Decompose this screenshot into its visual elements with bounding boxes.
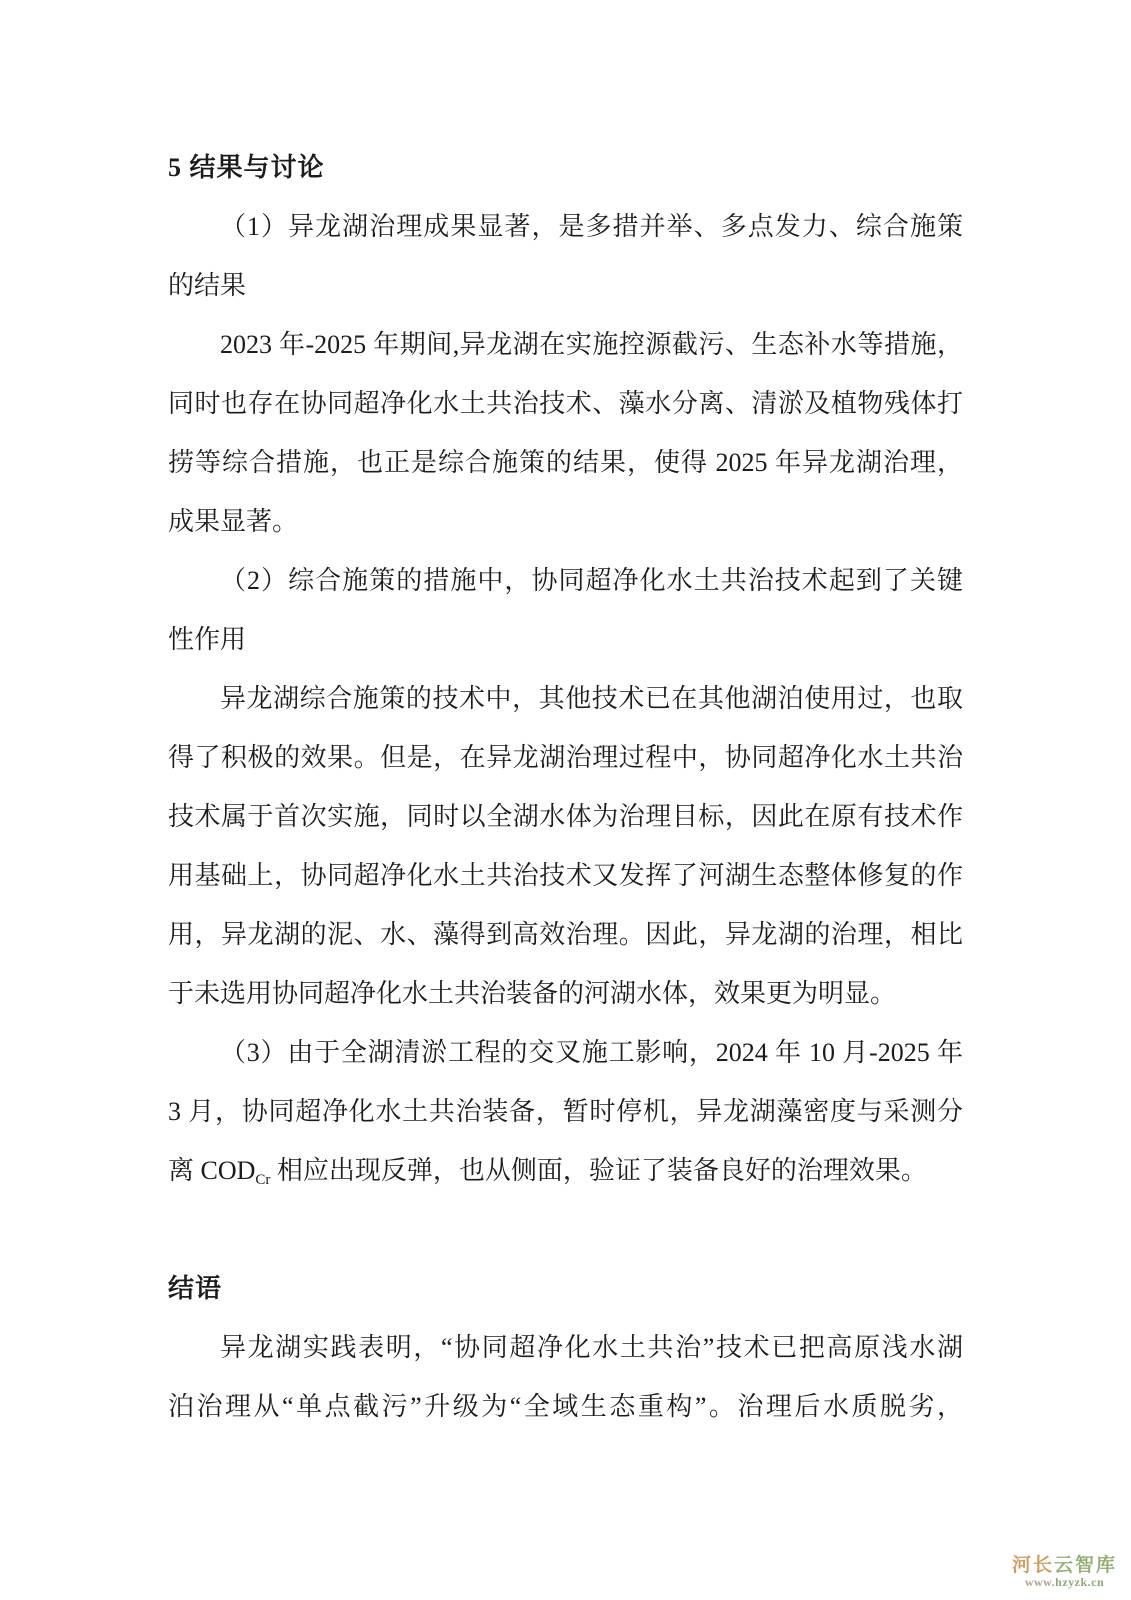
watermark-title-right: 云智库	[1054, 1555, 1117, 1576]
watermark-title-left: 河长	[1012, 1555, 1054, 1576]
text-line: （3）由于全湖清淤工程的交叉施工影响，2024 年 10 月-2025 年	[168, 1023, 963, 1082]
text-line: 性作用	[168, 610, 963, 669]
watermark-url-left: www.	[1025, 1575, 1055, 1589]
cod-subscript: Cr	[255, 1172, 270, 1188]
watermark-title: 河长云智库	[1012, 1556, 1117, 1576]
text-line: 成果显著。	[168, 492, 963, 551]
section-heading: 5 结果与讨论	[168, 138, 963, 197]
text-line: 3 月，协同超净化水土共治装备，暂时停机，异龙湖藻密度与采测分	[168, 1082, 963, 1141]
text-line: 捞等综合措施，也正是综合施策的结果，使得 2025 年异龙湖治理，	[168, 433, 963, 492]
text-line: 的结果	[168, 256, 963, 315]
text-line: 用，异龙湖的泥、水、藻得到高效治理。因此，异龙湖的治理，相比	[168, 905, 963, 964]
watermark-url-right: hzyzk.cn	[1055, 1575, 1104, 1589]
text-line: 2023 年-2025 年期间,异龙湖在实施控源截污、生态补水等措施，	[168, 315, 963, 374]
text-line: 得了积极的效果。但是，在异龙湖治理过程中，协同超净化水土共治	[168, 728, 963, 787]
text-line: （1）异龙湖治理成果显著，是多措并举、多点发力、综合施策	[168, 197, 963, 256]
watermark: 河长云智库 www.hzyzk.cn	[1012, 1556, 1117, 1589]
text-line: 离 CODCr 相应出现反弹，也从侧面，验证了装备良好的治理效果。	[168, 1141, 963, 1200]
document-page: 5 结果与讨论 （1）异龙湖治理成果显著，是多措并举、多点发力、综合施策 的结果…	[0, 0, 1131, 1600]
text-line: 同时也存在协同超净化水土共治技术、藻水分离、清淤及植物残体打	[168, 374, 963, 433]
document-body: 5 结果与讨论 （1）异龙湖治理成果显著，是多措并举、多点发力、综合施策 的结果…	[168, 138, 963, 1436]
text-line: （2）综合施策的措施中，协同超净化水土共治技术起到了关键	[168, 551, 963, 610]
watermark-url: www.hzyzk.cn	[1012, 1576, 1117, 1589]
text-line: 异龙湖综合施策的技术中，其他技术已在其他湖泊使用过，也取	[168, 669, 963, 728]
text-line: 用基础上，协同超净化水土共治技术又发挥了河湖生态整体修复的作	[168, 846, 963, 905]
cod-prefix: 离 COD	[168, 1156, 255, 1185]
blank-line	[168, 1200, 963, 1259]
text-line: 于未选用协同超净化水土共治装备的河湖水体，效果更为明显。	[168, 964, 963, 1023]
conclusion-heading: 结语	[168, 1259, 963, 1318]
text-line: 泊治理从“单点截污”升级为“全域生态重构”。治理后水质脱劣，	[168, 1377, 963, 1436]
text-line: 异龙湖实践表明，“协同超净化水土共治”技术已把高原浅水湖	[168, 1318, 963, 1377]
cod-suffix: 相应出现反弹，也从侧面，验证了装备良好的治理效果。	[270, 1156, 927, 1185]
text-line: 技术属于首次实施，同时以全湖水体为治理目标，因此在原有技术作	[168, 787, 963, 846]
